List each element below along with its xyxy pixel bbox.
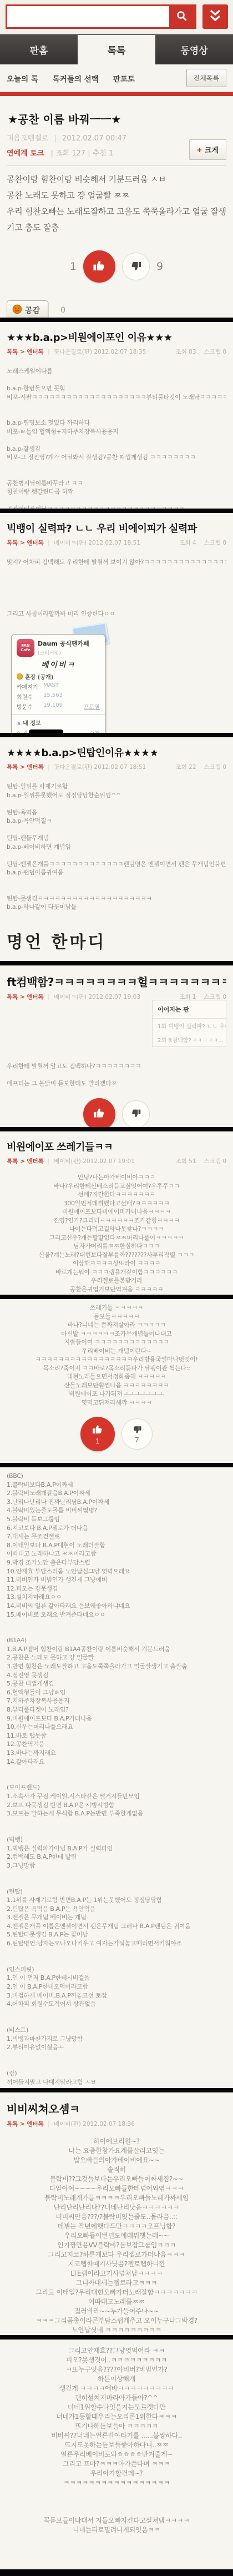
stitch-divider (0, 318, 233, 322)
views: 조회 51 (176, 1158, 196, 1165)
scrap-count: 스크랩 0 (204, 349, 226, 355)
thumbs-down-icon (129, 259, 143, 274)
related-post-7-bottom: 그리고안재효??그냥엿먹어라 ㅋㅋ피오?못생겻어..ㅋㅋㅋㅋㅋㅋㅋㅋㅋㅋ또누구잇… (0, 2339, 233, 2569)
post-meta: 톡톡 > 엔터톡 | 꽃다운결로(판) 2012.02.07 18:51 조회 … (7, 763, 226, 771)
post-date: 2012.02.07 18:51 (88, 540, 140, 546)
font-enlarge-button[interactable]: +크게 (189, 139, 226, 160)
thumbs-up-icon (91, 1423, 104, 1438)
related-post-5-bottom: 쓰레기들 ㅋㅋㅋㅋㅋ듣보들ㅋㅋㅋㅋㅋ바나?니네는 쯤짜져살아라 ㅋㅋㅋㅋㅋ아신발… (0, 1299, 233, 1463)
thumbs-down-icon (131, 1424, 143, 1437)
related-post-7-top: 비비씨쳐오셈ㅋ 톡톡 > 엔터톡 | 베이비(판) 2012.02.07 18:… (0, 2092, 233, 2335)
continued-pann-title: 이어지는 판 (153, 1000, 226, 1019)
vote-row: 1 7 (7, 1417, 226, 1451)
medal-label: 훈장 (공개) (25, 672, 53, 681)
post-body: 우리한테 발릴꺼 알고도 컴백하나?ㅋㅋㅋㅋㅋㅋㅋㅋ 에프티는 그 불닭비 듣보… (7, 1062, 226, 1088)
thumbs-up-button[interactable] (83, 250, 115, 283)
post-title[interactable]: ft컴백함?ㅋㅋㅋㅋㅋㅋㅋㅋ헐ㅋㅋㅋㅋㅋㅋㅋㅋㅋㅋㅋㅋ (7, 973, 226, 989)
tab-toktok[interactable]: 톡톡 (78, 35, 155, 64)
main-post-body: 공찬이랑 힘찬이랑 비슷해서 기분드러움 ㅅㅂ 공찬 노래도 못하고 걍 얼굴빨… (7, 172, 226, 236)
tab-panhome[interactable]: 판홈 (0, 35, 78, 64)
stitch-divider (0, 961, 233, 965)
redacted-name-prefix: 재 (22, 729, 28, 733)
post-title[interactable]: 비원에이포 쓰레기들ㅋㅋ (7, 1139, 226, 1154)
upvote-count: 1 (95, 1437, 99, 1445)
thumbs-up-icon (92, 1106, 107, 1122)
stitch-divider (0, 2088, 233, 2092)
main-post: ★공찬 이름 바꿔ㅡㅡ★ 긔욤포텐젤로 | 2012.02.07 00:47 연… (0, 96, 233, 318)
vote-row-cut (7, 1098, 226, 1128)
views: 조회 83 (176, 349, 196, 355)
medal-icon (17, 673, 23, 680)
related-post-3: ★★★★b.a.p>틴탑인이유★★★★ 톡톡 > 엔터톡 | 꽃다운결로(판) … (0, 737, 233, 961)
scrap-count: 스크랩 0 (204, 1158, 226, 1165)
scrap-count: 스크랩 0 (204, 540, 226, 546)
breadcrumb[interactable]: 톡톡 > 엔터톡 (7, 540, 44, 546)
main-post-date: 2012.02.07 00:47 (62, 134, 126, 143)
upvote-count: 1 (70, 260, 77, 273)
profile-link[interactable]: 프로필 (84, 702, 100, 711)
breadcrumb[interactable]: 톡톡 > 엔터톡 (7, 764, 44, 771)
tabbar: 판홈 톡톡 동영상 (0, 34, 233, 64)
post-body: 안녕?나는아가베이비야ㅋㅋㅋ바나?우리한테선배소리듣고싶엇어여?우쭈쭈ㅋㅋ선배?… (7, 1173, 226, 1295)
stitch-divider (0, 1127, 233, 1131)
post-title[interactable]: ★★★★b.a.p>틴탑인이유★★★★ (7, 745, 226, 759)
post-body: 노래스케일이다름 b.a.p-한번들으면 꽂힘비포-시팔ㅋㅋㅋㅋㅋㅋㅋㅋㅋㅋㅋㅋ… (7, 367, 226, 509)
pann-mobile-page: 판홈 톡톡 동영상 오늘의 톡 톡커들의 선택 판포토 전체목록 ★공찬 이름 … (0, 0, 233, 2576)
main-post-author[interactable]: 긔욤포텐젤로 (7, 134, 48, 143)
subnav-talkers-choice[interactable]: 톡커들의 선택 (53, 73, 99, 84)
card-nickname: 베이비ㅋ (41, 659, 100, 670)
post-body: 맞지? 어차피 컴백해도 우리한테 발릴꺼 보이지 않아?ㅋㅋㅋㅋㅋㅋㅋㅋㅋㅋㅋ… (7, 558, 226, 618)
post-date: 2012.02.07 18:35 (94, 349, 146, 355)
search-button[interactable] (169, 6, 195, 27)
group-lists-section: (BBC)1.블락비보다B.A.P이짜세2.블락비노래개같음B.A.P이짜세3.… (0, 1467, 233, 2088)
post-title[interactable]: 빅뱅이 실력파? ㄴㄴ 우리 비에이피가 실력파 (7, 521, 226, 535)
post-title[interactable]: 비비씨쳐오셈ㅋ (7, 2100, 226, 2116)
post-date: 2012.02.07 19:01 (83, 1158, 135, 1165)
related-post-2: 빅뱅이 실력파? ㄴㄴ 우리 비에이피가 실력파 톡톡 > 엔터톡 | 베이비ㅋ… (0, 513, 233, 733)
my-info-label: 내 정보 (23, 721, 40, 727)
stitch-divider (0, 1295, 233, 1299)
thumbs-down-button[interactable] (122, 253, 150, 280)
post-date: 2012.02.07 19:03 (88, 994, 140, 1000)
search-box (6, 4, 196, 29)
search-icon (175, 9, 189, 24)
sympathy-button[interactable]: 공감 (7, 300, 48, 318)
related-post-4: ft컴백함?ㅋㅋㅋㅋㅋㅋㅋㅋ헐ㅋㅋㅋㅋㅋㅋㅋㅋㅋㅋㅋㅋ 톡톡 > 엔터톡 | 베… (0, 965, 233, 1127)
post-author[interactable]: 베이비(판) (54, 1158, 81, 1165)
downvote-count: 7 (135, 1436, 139, 1444)
search-header (0, 0, 233, 34)
fancafe-app-icon: FAN Cafe (17, 639, 34, 657)
post-meta: 톡톡 > 엔터톡 | 꽃다운결로(판) 2012.02.07 18:35 조회 … (7, 348, 226, 356)
thumbs-up-button[interactable] (83, 1098, 115, 1128)
smiley-icon (12, 304, 22, 316)
stitch-divider (0, 509, 233, 513)
main-post-views: 조회 127 (55, 149, 85, 158)
views: 조회 4 (179, 540, 196, 546)
breadcrumb[interactable]: 톡톡 > 엔터톡 (7, 349, 44, 355)
post-date: 2012.02.07 18:36 (83, 2121, 135, 2127)
thumbs-up-icon (92, 258, 107, 275)
subnav-todays-talk[interactable]: 오늘의 톡 (7, 73, 38, 84)
continued-pann-box: 이어지는 판 1회 빅뱅이 실력파? ㄴㄴ 우리… 2회 ft컴백함?ㅋㅋㅋㅋㅋ… (152, 1000, 226, 1047)
post-author[interactable]: 꽃다운결로(판) (54, 764, 92, 771)
thumbs-down-icon (130, 1107, 142, 1121)
thumbs-down-button[interactable]: 7 (121, 1418, 153, 1450)
card-app-sub: (스티커임) (38, 649, 89, 656)
post-body: 쓰레기들 ㅋㅋㅋㅋㅋ듣보들ㅋㅋㅋㅋㅋ바나?니네는 쯤짜져살아라 ㅋㅋㅋㅋㅋ아신발… (7, 1304, 226, 1407)
quote-heading: 명언 한마디 (7, 928, 226, 953)
post-body: 틴탑-일위를 사재기로함b.a.p-일위를못했어도 정정당당한순위임^^ 틴탑-… (7, 782, 226, 912)
breadcrumb[interactable]: 톡톡 > 엔터톡 (7, 1158, 44, 1165)
main-post-title: ★공찬 이름 바꿔ㅡㅡ★ (8, 110, 226, 127)
group-lists-body: (BBC)1.블락비보다B.A.P이짜세2.블락비노래개같음B.A.P이짜세3.… (7, 1472, 226, 2086)
edit-link[interactable]: 수정 (89, 729, 100, 733)
post-author[interactable]: 꽃다운결로(판) (54, 349, 92, 355)
breadcrumb[interactable]: 톡톡 > 엔터톡 (7, 2121, 44, 2127)
search-input[interactable] (8, 7, 170, 27)
post-author[interactable]: 베이비ㅋ(판) (54, 540, 87, 546)
vote-row: 1 9 (7, 250, 226, 283)
views: 조회 22 (176, 764, 196, 771)
red-divider (0, 92, 233, 96)
related-post-1: ★★★b.a.p>비원에이포인 이유★★★ 톡톡 > 엔터톡 | 꽃다운결로(판… (0, 322, 233, 509)
subnav: 오늘의 톡 톡커들의 선택 판포토 전체목록 (0, 64, 233, 92)
divider (7, 165, 226, 166)
all-list-button[interactable]: 전체목록 (186, 69, 226, 87)
sympathy-count: 0 (60, 306, 65, 315)
thumbs-down-button[interactable] (122, 1100, 150, 1128)
post-meta: 톡톡 > 엔터톡 | 베이비ㅋ(판) 2012.02.07 18:51 조회 4… (7, 539, 226, 547)
stitch-divider (0, 1463, 233, 1467)
post-title[interactable]: ★★★b.a.p>비원에이포인 이유★★★ (7, 330, 226, 344)
main-post-recommend: 추천 1 (93, 149, 114, 158)
post-date: 2012.02.07 18:51 (94, 764, 146, 771)
continued-item-1[interactable]: 1회 빅뱅이 실력파? ㄴㄴ 우리… (153, 1019, 226, 1033)
subnav-panphoto[interactable]: 판포토 (113, 73, 135, 84)
bottom-bar (0, 2569, 233, 2576)
post-author[interactable]: 베이비(판) (54, 2121, 81, 2127)
stitch-divider (0, 733, 233, 737)
double-chevron-down-icon (208, 8, 222, 26)
fancafe-card-image: FAN Cafe Daum 공식팬카페 (스티커임) 베이비ㅋ 훈장 (공개) … (11, 634, 105, 733)
post-body: 그리고안재효??그냥엿먹어라 ㅋㅋ피오?못생겻어..ㅋㅋㅋㅋㅋㅋㅋㅋㅋㅋ또누구잇… (7, 2346, 226, 2535)
post-body: 하이에브리원~?나는 요즘한창가요계를살리고잇는밥오빠들의아가베이비에요~~솔직… (7, 2137, 226, 2335)
collapse-caret-icon: ∧ (17, 721, 21, 727)
downvote-count: 9 (156, 260, 163, 273)
post-meta: 톡톡 > 엔터톡 | 베이비(판) 2012.02.07 19:01 조회 51… (7, 1157, 226, 1165)
expand-menu-button[interactable] (202, 4, 228, 29)
plus-icon: + (197, 145, 202, 155)
related-post-5-top: 비원에이포 쓰레기들ㅋㅋ 톡톡 > 엔터톡 | 베이비(판) 2012.02.0… (0, 1131, 233, 1295)
post-author[interactable]: 베이비ㅋ(판) (54, 994, 87, 1000)
tab-video[interactable]: 동영상 (155, 35, 233, 64)
scrap-count: 스크랩 0 (204, 764, 226, 771)
stitch-divider (0, 2335, 233, 2339)
continued-item-2[interactable]: 2회 ft컴백함?ㅋㅋㅋㅋㅋ… (153, 1033, 226, 1046)
post-meta: 톡톡 > 엔터톡 | 베이비(판) 2012.02.07 18:36 (7, 2120, 226, 2128)
main-post-category[interactable]: 연예계 토크 (7, 149, 44, 158)
thumbs-up-button[interactable]: 1 (80, 1417, 115, 1451)
sympathy-row: 공감 0 (7, 300, 226, 318)
card-app-title: Daum 공식팬카페 (38, 639, 89, 648)
breadcrumb[interactable]: 톡톡 > 엔터톡 (7, 994, 44, 1000)
